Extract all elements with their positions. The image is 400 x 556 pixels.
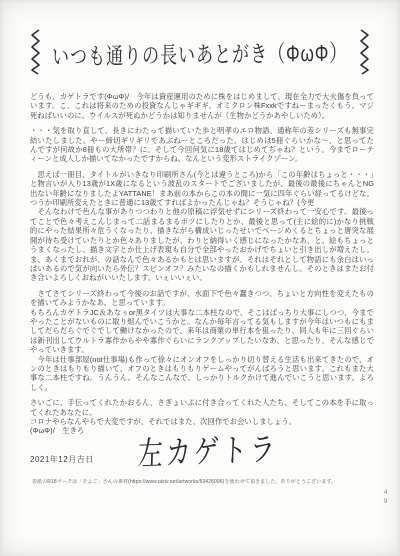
paragraph: ・・・気を取り直して、長きにわたって描いていた歩と明孝のエロ物語、通称年の差シリ… xyxy=(30,126,374,164)
paragraph: 今年は仕事部屋(not仕事場)も作って徐々にオンオフをしっかり切り替える生活も出… xyxy=(30,355,374,393)
page-title: いつも通りの長いあとがき（ΦωΦ） xyxy=(52,33,348,71)
signature-row: 2021年12月吉日 左カゲトラ xyxy=(30,438,374,496)
credit-note: 表紙のR18マークは「そよご」さんの素材(https://www.pixiv.n… xyxy=(32,479,380,485)
afterword-page: いつも通りの長いあとがき（ΦωΦ） どうも、カゲトラです(ΦωΦ)/ 今年は資産… xyxy=(0,0,400,556)
zigzag-bracket-left-icon xyxy=(29,29,42,75)
signature-handwritten: 左カゲトラ xyxy=(137,423,279,475)
page-number: 49 xyxy=(382,489,389,507)
paragraph: さてさてシリーズ終わって今後のお話ですが、水面下で色々蠢きつつ、ちょいと方向性を… xyxy=(30,289,374,355)
date: 2021年12月吉日 xyxy=(30,454,94,465)
paragraph: どうも、カゲトラです(ΦωΦ)/ 今年は資産運用のために株をはじめまして、現在全… xyxy=(30,92,374,120)
paragraph: そんなわけで色んな事がありつつわりと他の原稿に浮気せずにシリーズ終わって一安心で… xyxy=(30,207,374,282)
page-title-row: いつも通りの長いあとがき（ΦωΦ） xyxy=(0,0,400,78)
afterword-body: どうも、カゲトラです(ΦωΦ)/ 今年は資産運用のために株をはじめまして、現在全… xyxy=(30,92,374,436)
zigzag-bracket-right-icon xyxy=(358,29,371,75)
paragraph: 思えば一冊目、タイトルがいきなり印刷所さん(今とは違うところ)から「この年齢はち… xyxy=(30,170,374,208)
